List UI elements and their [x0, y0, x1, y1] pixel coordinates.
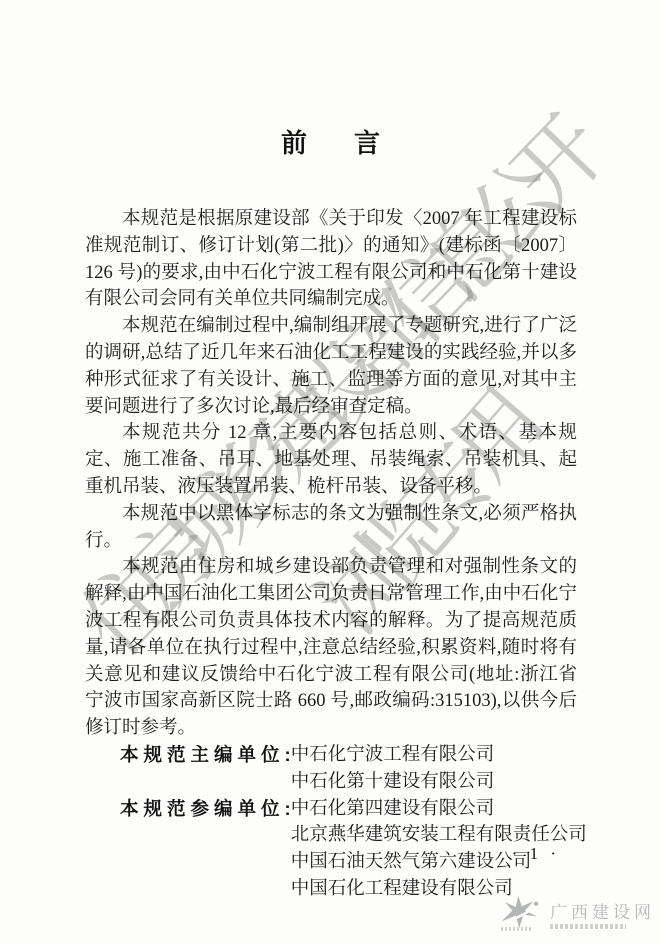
chief-editor-label: 本规范主编单位: [120, 742, 291, 769]
unit-name: 中石化第四建设有限公司 [291, 796, 587, 823]
logo-site-name: 广西建设网 [550, 903, 655, 922]
logo-english-tagline [550, 924, 626, 929]
unit-name: 中石化第十建设有限公司 [291, 769, 577, 796]
co-editor-label: 本规范参编单位: [120, 796, 291, 823]
paragraph-3: 本规范共分 12 章,主要内容包括总则、术语、基本规定、施工准备、吊耳、地基处理… [85, 420, 577, 500]
star-logo-wrap [498, 894, 550, 937]
paragraph-2: 本规范在编制过程中,编制组开展了专题研究,进行了广泛的调研,总结了近几年来石油化… [85, 313, 577, 420]
logo-text-block: 广西建设网 [550, 903, 655, 929]
document-page: 住房城乡建设部信息公开 浏览专用 前言 本规范是根据原建设部《关于印发〈2007… [0, 0, 661, 945]
preface-body: 本规范是根据原建设部《关于印发〈2007 年工程建设标准规范制订、修订计划(第二… [85, 206, 577, 903]
site-logo: 广西建设网 [498, 894, 655, 937]
paragraph-5: 本规范由住房和城乡建设部负责管理和对强制性条文的解释,由中国石油化工集团公司负责… [85, 554, 577, 742]
page-title: 前言 [0, 130, 661, 156]
chief-editor-row: 本规范主编单位: 中石化宁波工程有限公司 中石化第十建设有限公司 [85, 742, 577, 796]
star-logo-subtext [501, 927, 531, 931]
unit-name: 中石化宁波工程有限公司 [291, 742, 577, 769]
page-number: · 1 · [512, 845, 560, 862]
paragraph-1: 本规范是根据原建设部《关于印发〈2007 年工程建设标准规范制订、修订计划(第二… [85, 206, 577, 313]
paragraph-4: 本规范中以黑体字标志的条文为强制性条文,必须严格执行。 [85, 501, 577, 555]
co-editor-row: 本规范参编单位: 中石化第四建设有限公司 北京燕华建筑安装工程有限责任公司 中国… [85, 796, 577, 903]
chief-editor-units: 中石化宁波工程有限公司 中石化第十建设有限公司 [291, 742, 577, 796]
